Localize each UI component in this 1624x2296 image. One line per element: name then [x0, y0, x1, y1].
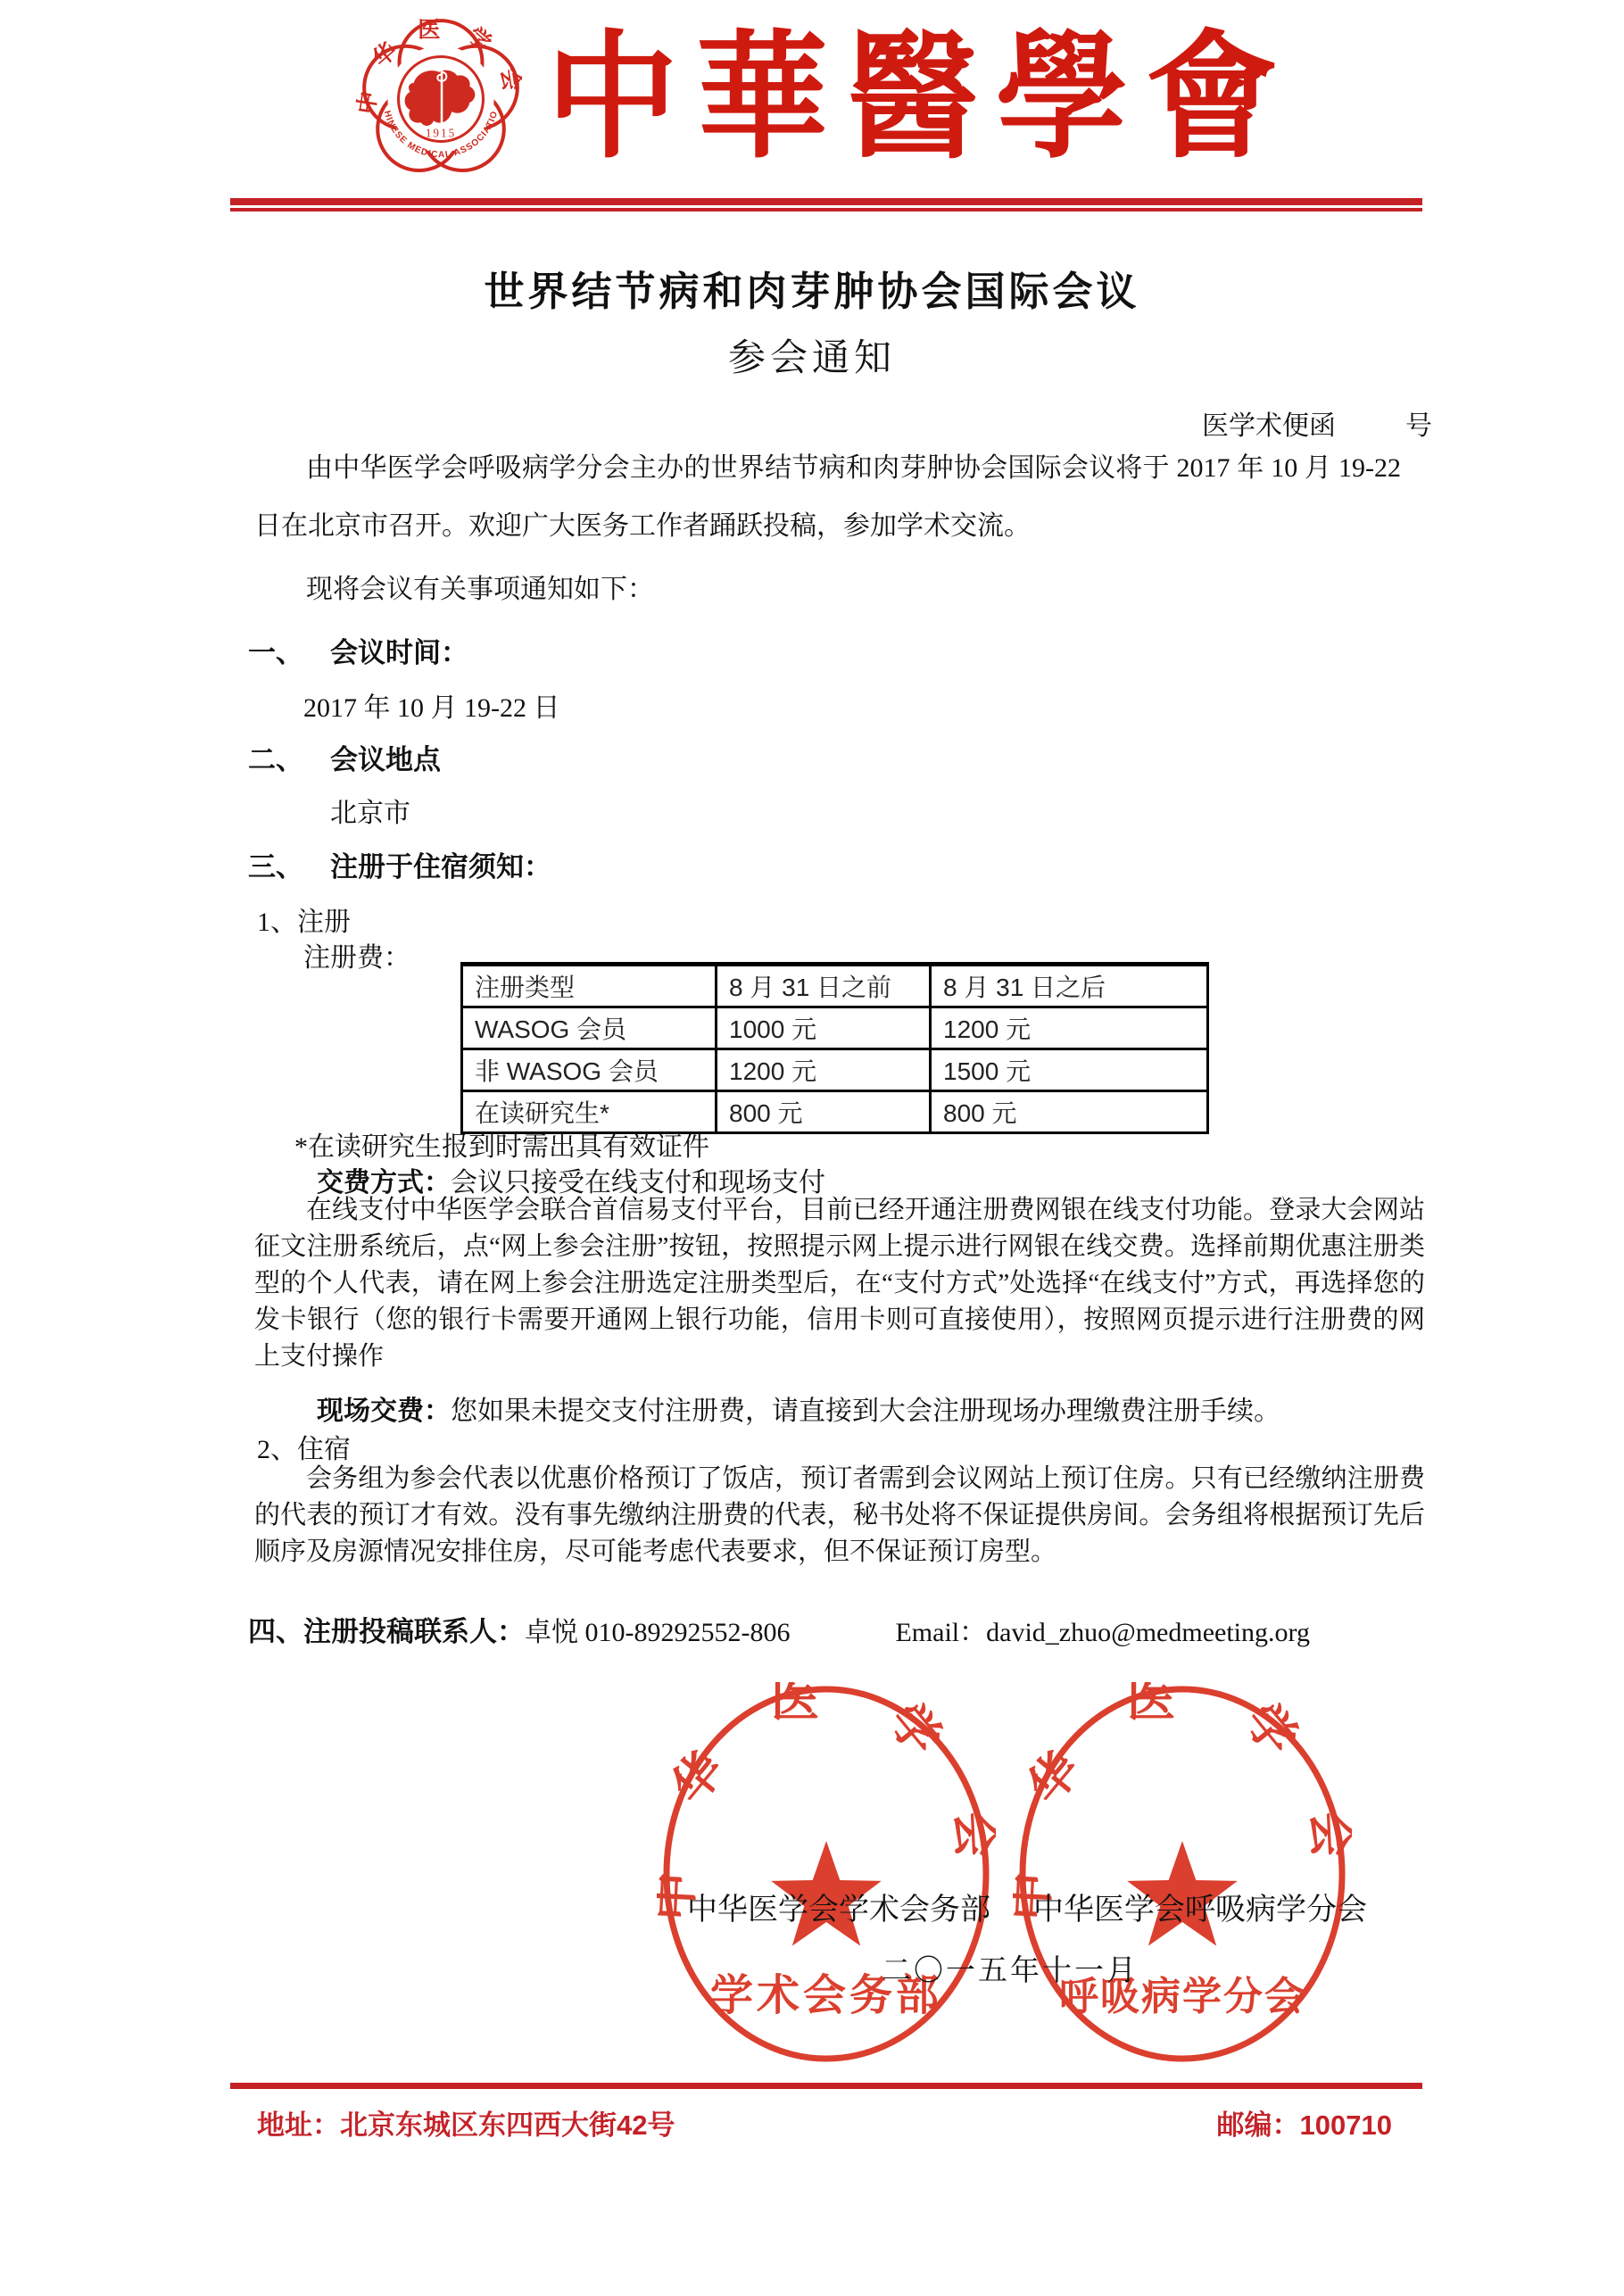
registration-fee-table: 注册类型 8 月 31 日之前 8 月 31 日之后 WASOG 会员 1000…: [460, 962, 1209, 1134]
signature-org1: 中华医学会学术会务部: [687, 1894, 990, 1927]
section-2-heading: 二、会议地点: [248, 737, 441, 777]
doc-reference-line: 医学术便函号: [1202, 403, 1432, 443]
page-title: 世界结节病和肉芽肿协会国际会议: [0, 259, 1624, 317]
table-row: WASOG 会员 1000 元 1200 元: [462, 1007, 1208, 1049]
contact-label: 四、注册投稿联系人：: [248, 1616, 525, 1647]
table-header-after: 8 月 31 日之后: [931, 965, 1208, 1007]
doc-ref-suffix: 号: [1405, 411, 1432, 441]
footer: 地址：北京东城区东四西大街42号 邮编：100710: [257, 2102, 1392, 2143]
row-student-before: 800 元: [717, 1091, 931, 1133]
signature-organizations: 中华医学会学术会务部中华医学会呼吸病学分会: [687, 1885, 1367, 1928]
section-2-number: 二、: [248, 737, 330, 777]
row-wasog-after: 1200 元: [931, 1007, 1208, 1049]
header-divider: [230, 198, 1422, 211]
page-subtitle: 参会通知: [0, 328, 1624, 382]
logo-year-text: 1915: [426, 126, 456, 139]
row-student-after: 800 元: [931, 1091, 1208, 1133]
table-header-row: 注册类型 8 月 31 日之前 8 月 31 日之后: [462, 965, 1208, 1007]
table-row: 非 WASOG 会员 1200 元 1500 元: [462, 1049, 1208, 1091]
row-nonwasog-type: 非 WASOG 会员: [462, 1049, 717, 1091]
section-2-body: 北京市: [330, 791, 410, 830]
table-header-type: 注册类型: [462, 965, 717, 1007]
intro-lead-in: 现将会议有关事项通知如下：: [254, 560, 1401, 618]
fee-label: 注册费：: [303, 935, 410, 974]
section-2-title: 会议地点: [330, 744, 441, 775]
onsite-payment-label: 现场交费：: [317, 1397, 451, 1426]
row-nonwasog-after: 1500 元: [931, 1049, 1208, 1091]
signature-date: 二〇一五年十一月: [882, 1947, 1139, 1989]
intro-paragraph: 由中华医学会呼吸病学分会主办的世界结节病和肉芽肿协会国际会议将于 2017 年 …: [254, 439, 1401, 555]
doc-ref-label: 医学术便函: [1202, 411, 1336, 441]
section-3-number: 三、: [248, 844, 330, 884]
onsite-payment-text: 您如果未提交支付注册费，请直接到大会注册现场办理缴费注册手续。: [451, 1397, 1280, 1426]
onsite-payment-line: 现场交费：您如果未提交支付注册费，请直接到大会注册现场办理缴费注册手续。: [317, 1388, 1280, 1428]
brand-calligraphy: 中華醫學會: [546, 9, 1313, 190]
row-wasog-before: 1000 元: [717, 1007, 931, 1049]
stamp-respiratory-society: 中华医学会 呼吸病学分会: [1013, 1682, 1352, 2066]
footer-postcode: 邮编：100710: [1217, 2102, 1392, 2143]
section-1-title: 会议时间：: [330, 637, 468, 668]
footer-address: 地址：北京东城区东四西大街42号: [257, 2102, 675, 2143]
stamp-academic-affairs: 中华医学会 学术会务部: [657, 1682, 996, 2066]
accommodation-paragraph: 会务组为参会代表以优惠价格预订了饭店，预订者需到会议网站上预订住房。只有已经缴纳…: [254, 1461, 1425, 1571]
cma-logo-icon: 中华医学会 CHINESE MEDICAL ASSOCIATION 1915: [351, 9, 531, 189]
online-payment-paragraph: 在线支付中华医学会联合首信易支付平台，目前已经开通注册费网银在线支付功能。登录大…: [254, 1192, 1425, 1375]
footer-divider: [230, 2083, 1422, 2089]
row-wasog-type: WASOG 会员: [462, 1007, 717, 1049]
contact-person-phone: 卓悦 010-89292552-806: [525, 1618, 790, 1647]
registration-item-label: 1、注册: [257, 899, 351, 939]
table-header-before: 8 月 31 日之前: [717, 965, 931, 1007]
section-1-number: 一、: [248, 630, 330, 670]
section-3-title: 注册于住宿须知：: [330, 851, 551, 883]
document-page: 中华医学会 CHINESE MEDICAL ASSOCIATION 1915 中…: [0, 0, 1624, 2296]
section-1-heading: 一、会议时间：: [248, 630, 468, 670]
signature-org2: 中华医学会呼吸病学分会: [1033, 1894, 1367, 1927]
table-footnote: *在读研究生报到时需出具有效证件: [294, 1124, 709, 1164]
row-nonwasog-before: 1200 元: [717, 1049, 931, 1091]
contact-line: 四、注册投稿联系人：卓悦 010-89292552-806Email：david…: [248, 1609, 1310, 1649]
section-1-body: 2017 年 10 月 19-22 日: [303, 685, 560, 725]
section-3-heading: 三、注册于住宿须知：: [248, 844, 551, 884]
contact-email: Email：david_zhuo@medmeeting.org: [895, 1618, 1309, 1647]
